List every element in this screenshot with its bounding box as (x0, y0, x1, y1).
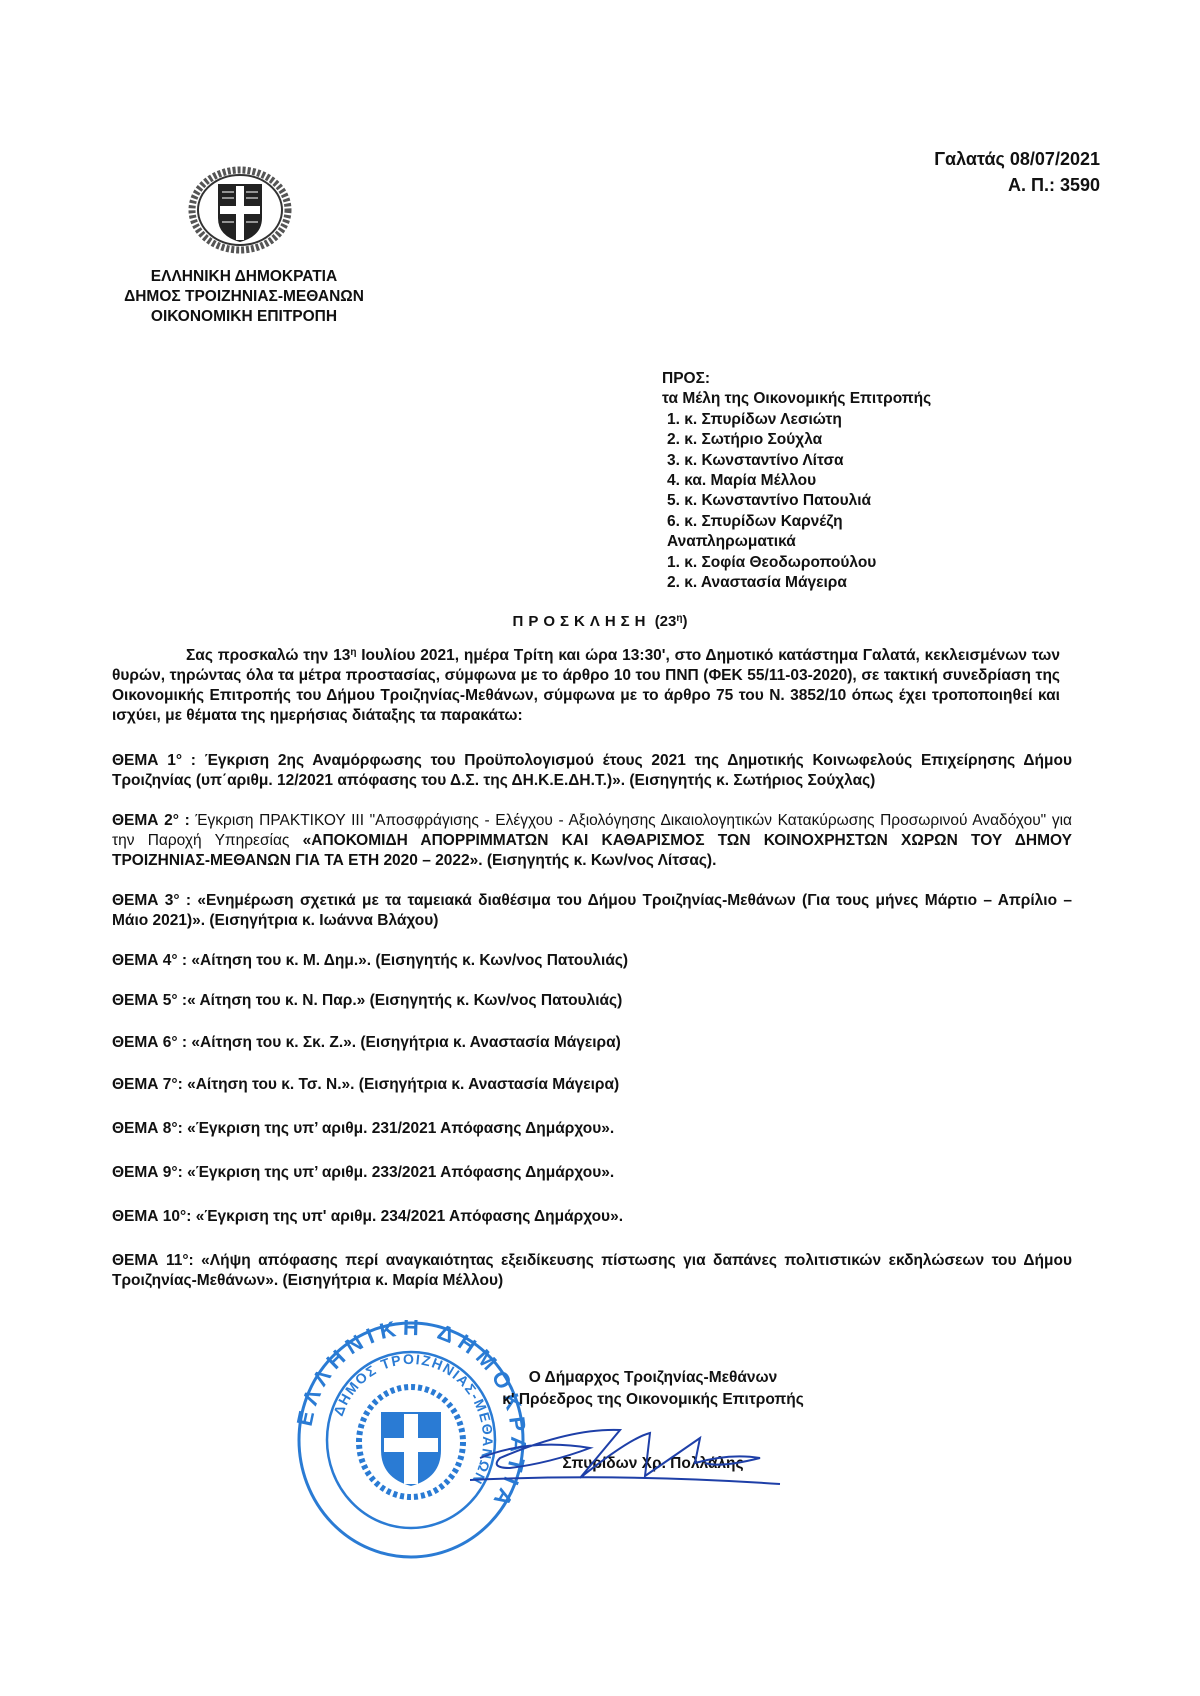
greek-coat-of-arms-icon (188, 166, 292, 254)
alternate-item: 1. κ. Σοφία Θεοδωροπούλου (662, 553, 931, 573)
recipients-subheading: τα Μέλη της Οικονομικής Επιτροπής (662, 389, 931, 409)
member-item: 5. κ. Κωνσταντίνο Πατουλιά (662, 491, 931, 511)
intro-paragraph: Σας προσκαλώ την 13η Ιουλίου 2021, ημέρα… (112, 646, 1060, 726)
date-protocol-block: Γαλατάς 08/07/2021 Α. Π.: 3590 (934, 146, 1100, 198)
agenda-topics: ΘΕΜΑ 1° : Έγκριση 2ης Αναμόρφωσης του Πρ… (112, 751, 1072, 1291)
organization-header: ΕΛΛΗΝΙΚΗ ΔΗΜΟΚΡΑΤΙΑ ΔΗΜΟΣ ΤΡΟΙΖΗΝΙΑΣ-ΜΕΘ… (120, 267, 368, 327)
member-item: 1. κ. Σπυρίδων Λεσιώτη (662, 410, 931, 430)
agenda-topic-5: ΘΕΜΑ 5° :« Αίτηση του κ. Ν. Παρ.» (Εισηγ… (112, 991, 1072, 1011)
agenda-topic-10: ΘΕΜΑ 10°: «Έγκριση της υπ' αριθμ. 234/20… (112, 1207, 1072, 1227)
org-line-committee: ΟΙΚΟΝΟΜΙΚΗ ΕΠΙΤΡΟΠΗ (120, 307, 368, 327)
protocol-number: Α. Π.: 3590 (934, 172, 1100, 198)
agenda-topic-6: ΘΕΜΑ 6° : «Αίτηση του κ. Σκ. Ζ.». (Εισηγ… (112, 1033, 1072, 1053)
org-line-republic: ΕΛΛΗΝΙΚΗ ΔΗΜΟΚΡΑΤΙΑ (120, 267, 368, 287)
title-number: (23η) (655, 613, 688, 630)
member-item: 2. κ. Σωτήριο Σούχλα (662, 430, 931, 450)
agenda-topic-9: ΘΕΜΑ 9°: «Έγκριση της υπ’ αριθμ. 233/202… (112, 1163, 1072, 1183)
alternate-item: 2. κ. Αναστασία Μάγειρα (662, 573, 931, 593)
agenda-topic-1: ΘΕΜΑ 1° : Έγκριση 2ης Αναμόρφωσης του Πρ… (112, 751, 1072, 791)
alternates-heading: Αναπληρωματικά (662, 532, 931, 552)
agenda-topic-7: ΘΕΜΑ 7°: «Αίτηση του κ. Τσ. Ν.». (Εισηγή… (112, 1075, 1072, 1095)
agenda-topic-8: ΘΕΜΑ 8°: «Έγκριση της υπ’ αριθμ. 231/202… (112, 1119, 1072, 1139)
title-text: ΠΡΟΣΚΛΗΣΗ (513, 613, 651, 630)
recipients-block: ΠΡΟΣ: τα Μέλη της Οικονομικής Επιτροπής … (662, 369, 931, 593)
agenda-topic-3: ΘΕΜΑ 3° : «Ενημέρωση σχετικά με τα ταμει… (112, 891, 1072, 931)
signer-role: κ' Πρόεδρος της Οικονομικής Επιτροπής (493, 1389, 813, 1411)
org-line-municipality: ΔΗΜΟΣ ΤΡΟΙΖΗΝΙΑΣ-ΜΕΘΑΝΩΝ (120, 287, 368, 307)
place-date: Γαλατάς 08/07/2021 (934, 146, 1100, 172)
signer-title: Ο Δήμαρχος Τροιζηνίας-Μεθάνων (493, 1367, 813, 1389)
agenda-topic-11: ΘΕΜΑ 11°: «Λήψη απόφασης περί αναγκαιότη… (112, 1251, 1072, 1291)
document-title: ΠΡΟΣΚΛΗΣΗ (23η) (0, 613, 1200, 630)
member-item: 3. κ. Κωνσταντίνο Λίτσα (662, 451, 931, 471)
handwritten-signature (470, 1418, 790, 1488)
recipients-heading: ΠΡΟΣ: (662, 369, 931, 389)
member-item: 4. κα. Μαρία Μέλλου (662, 471, 931, 491)
agenda-topic-4: ΘΕΜΑ 4° : «Αίτηση του κ. Μ. Δημ.». (Ειση… (112, 951, 1072, 971)
agenda-topic-2: ΘΕΜΑ 2° : Έγκριση ΠΡΑΚΤΙΚΟΥ ΙΙΙ "Αποσφρά… (112, 811, 1072, 871)
member-item: 6. κ. Σπυρίδων Καρνέζη (662, 512, 931, 532)
